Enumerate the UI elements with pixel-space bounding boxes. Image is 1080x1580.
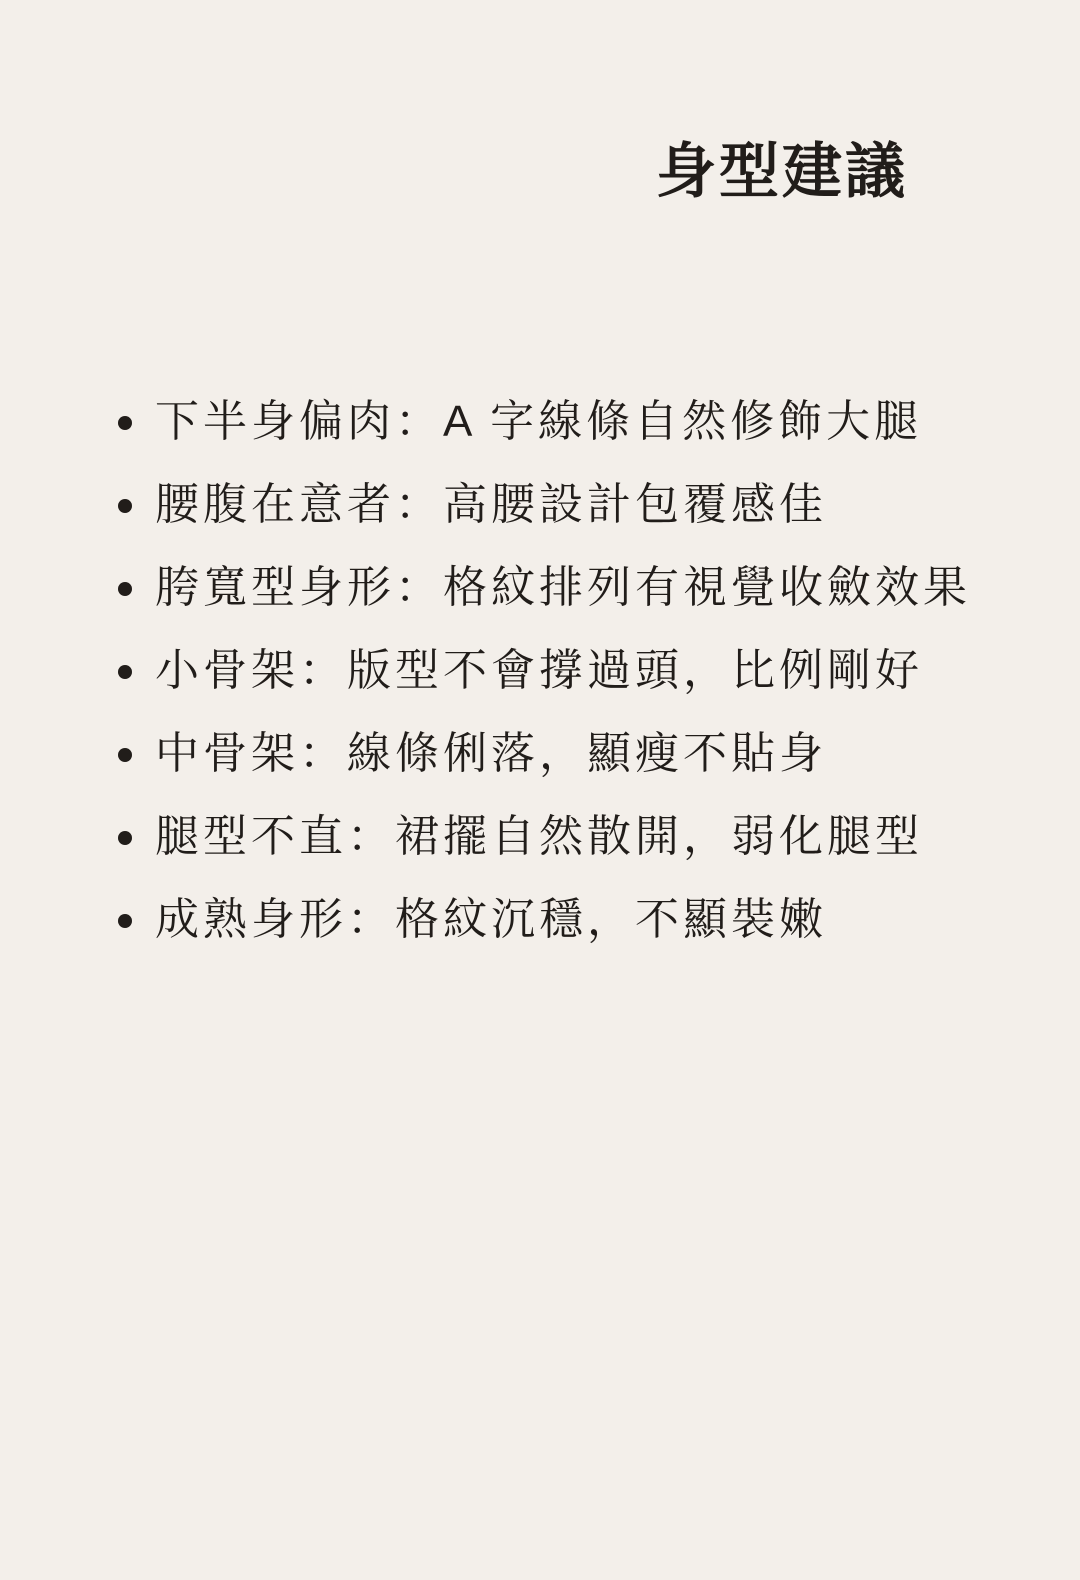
bullet-icon [118,499,132,513]
bullet-icon [118,748,132,762]
list-item-text: 腿型不直：裙擺自然散開，弱化腿型 [155,815,923,859]
list-item-text: 下半身偏肉：A 字線條自然修飾大腿 [155,400,922,444]
list-item-text: 成熟身形：格紋沉穩，不顯裝嫩 [155,898,827,942]
page: 身型建議 下半身偏肉：A 字線條自然修飾大腿 腰腹在意者：高腰設計包覆感佳 胯寬… [0,0,1080,1580]
list-item-text: 小骨架：版型不會撐過頭，比例剛好 [155,649,923,693]
bullet-icon [118,582,132,596]
bullet-icon [118,416,132,430]
list-item-text: 腰腹在意者：高腰設計包覆感佳 [155,483,827,527]
list-item: 成熟身形：格紋沉穩，不顯裝嫩 [118,878,1020,961]
list-item: 腰腹在意者：高腰設計包覆感佳 [118,463,1020,546]
list-item-text: 中骨架：線條俐落，顯瘦不貼身 [155,732,827,776]
list-item: 腿型不直：裙擺自然散開，弱化腿型 [118,795,1020,878]
list-item-text: 胯寬型身形：格紋排列有視覺收斂效果 [155,566,971,610]
bullet-icon [118,831,132,845]
list-item: 中骨架：線條俐落，顯瘦不貼身 [118,712,1020,795]
suggestion-list: 下半身偏肉：A 字線條自然修飾大腿 腰腹在意者：高腰設計包覆感佳 胯寬型身形：格… [118,380,1020,961]
list-item: 小骨架：版型不會撐過頭，比例剛好 [118,629,1020,712]
bullet-icon [118,914,132,928]
list-item: 胯寬型身形：格紋排列有視覺收斂效果 [118,546,1020,629]
bullet-icon [118,665,132,679]
list-item: 下半身偏肉：A 字線條自然修飾大腿 [118,380,1020,463]
page-title: 身型建議 [656,136,908,208]
